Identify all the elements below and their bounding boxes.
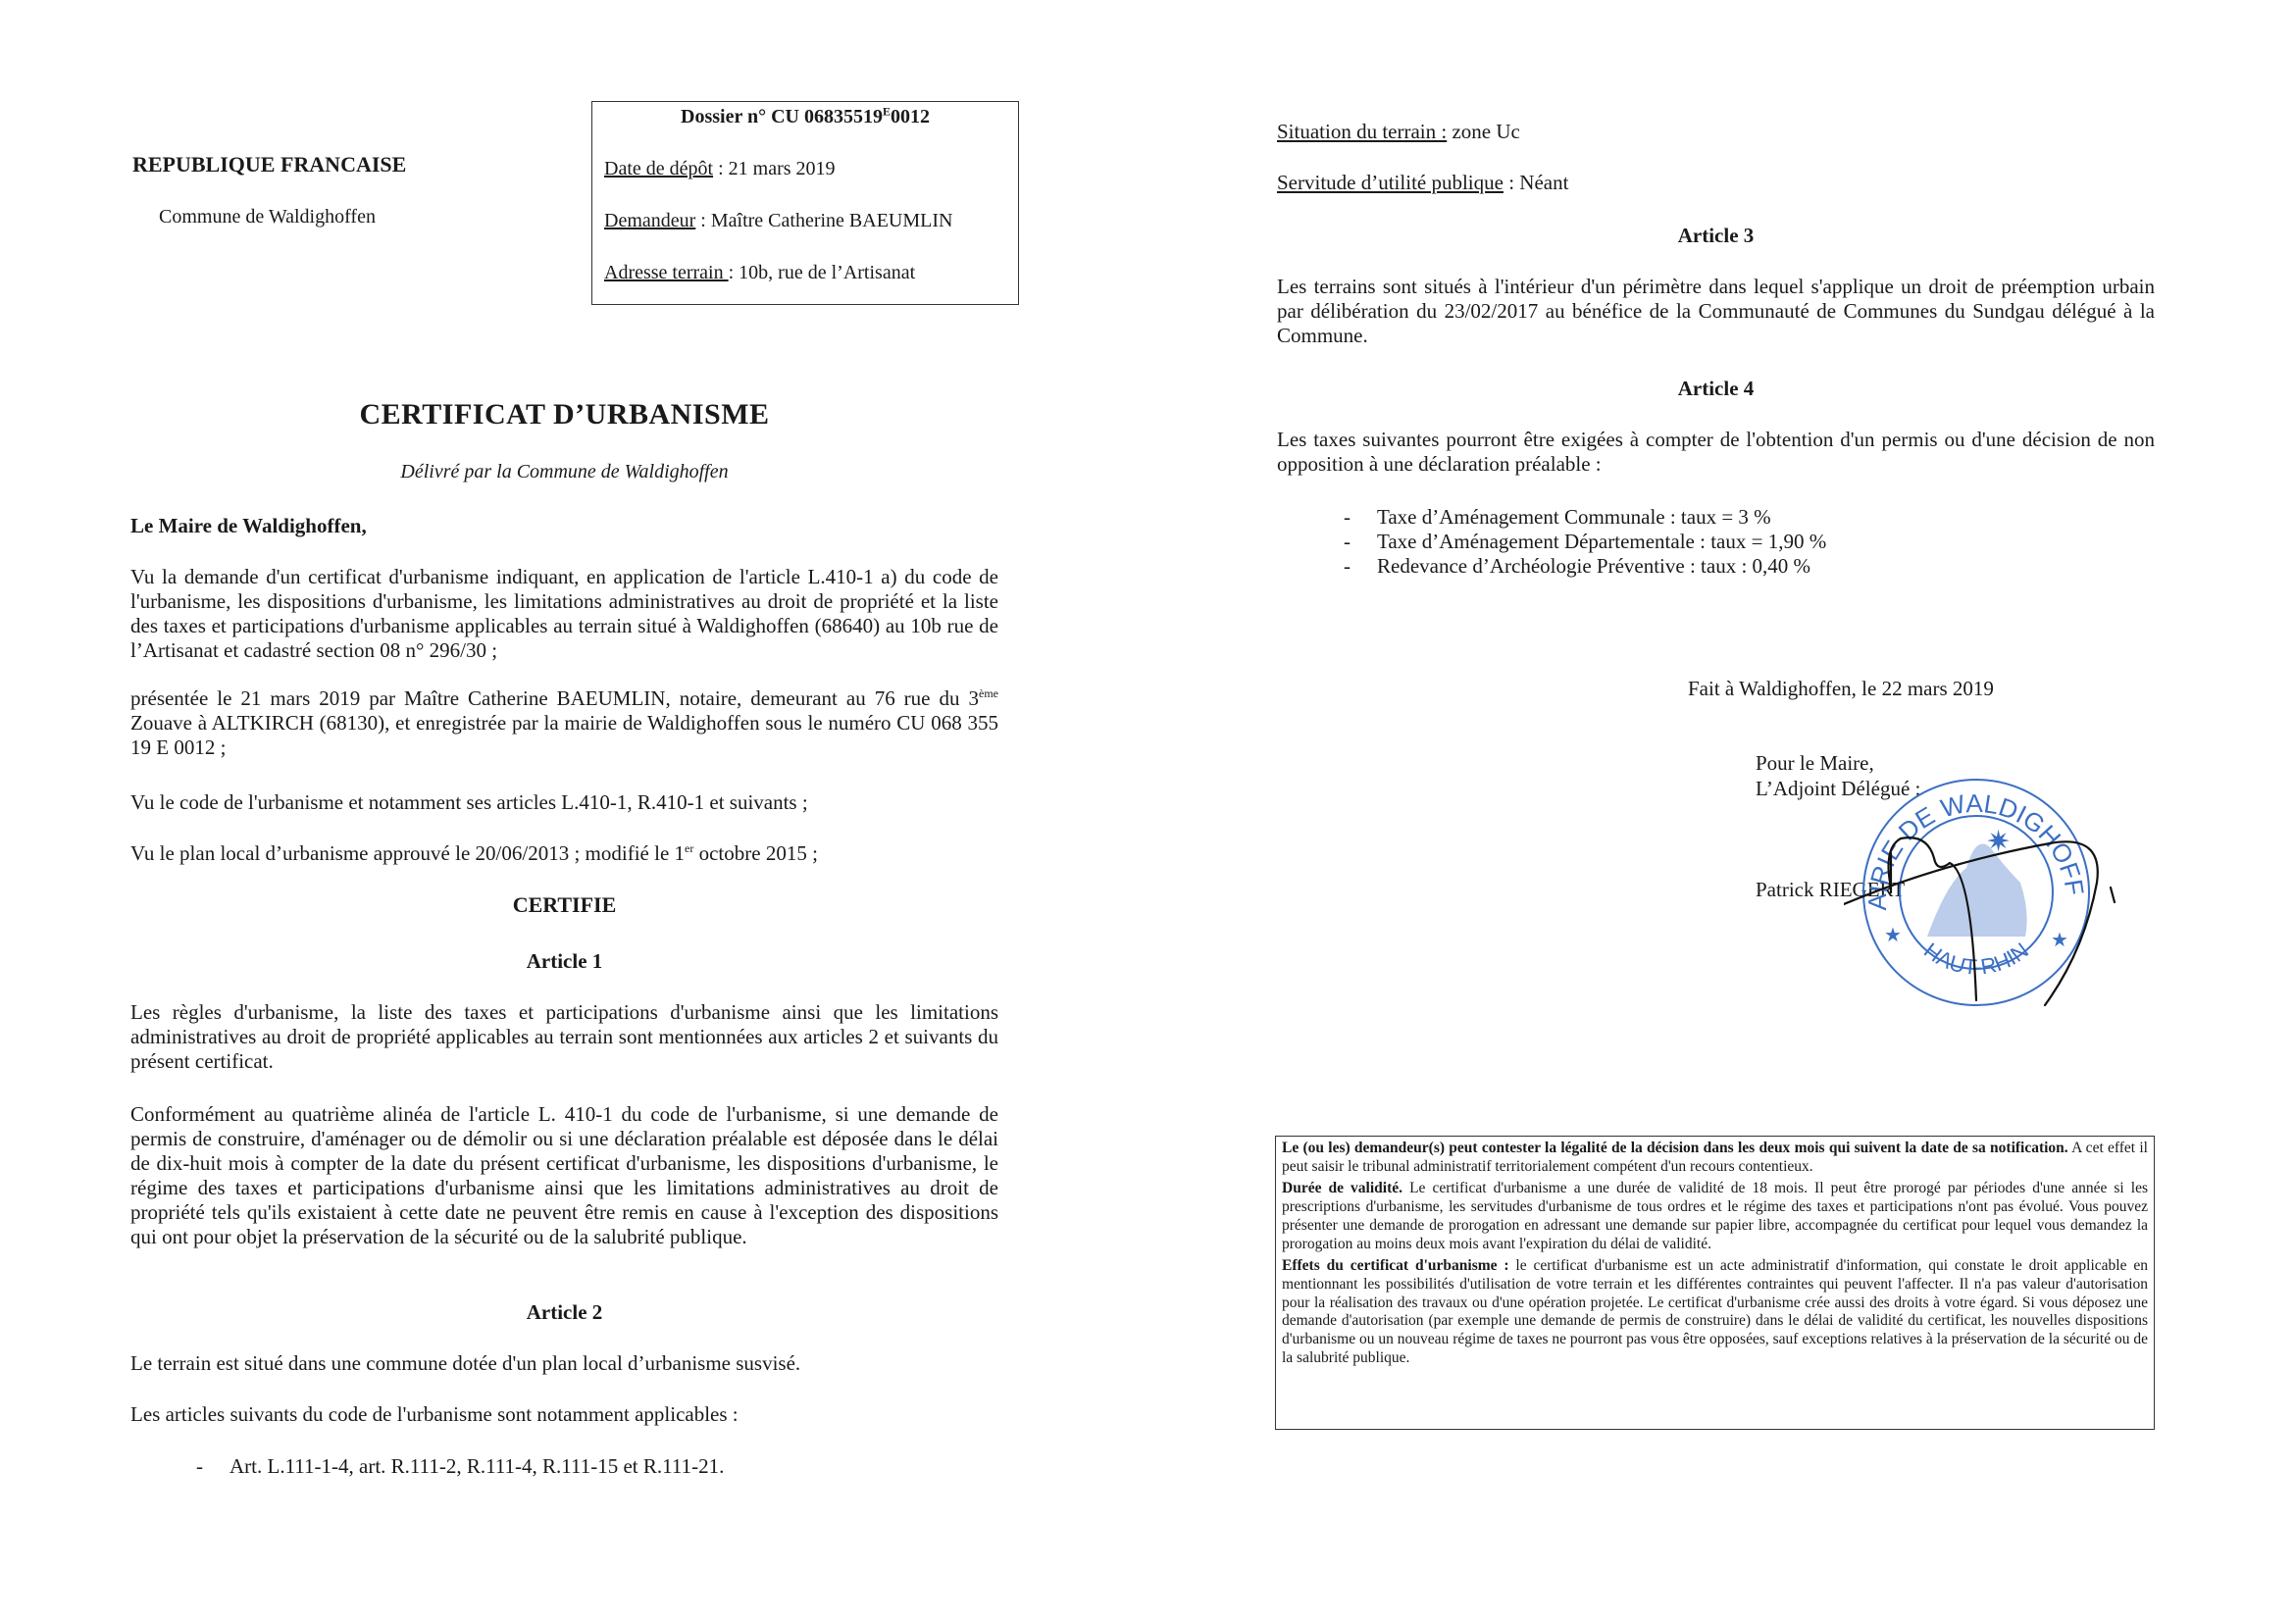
dash-bullet-icon: - [1344,505,1377,530]
notice-contest-bold: Le (ou les) demandeur(s) peut contester … [1282,1140,2068,1156]
tax-item-text: Redevance d’Archéologie Préventive : tau… [1377,554,1810,578]
preamble-sup: ème [979,686,998,700]
list-item-text: Art. L.111-1-4, art. R.111-2, R.111-4, R… [229,1454,724,1478]
dossier-number-suffix: 0012 [891,106,930,127]
article-2-list: -Art. L.111-1-4, art. R.111-2, R.111-4, … [196,1454,998,1479]
public-servitude: Servitude d’utilité publique : Néant [1277,171,2155,195]
public-servitude-value: : Néant [1504,171,1568,194]
land-situation: Situation du terrain : zone Uc [1277,120,2155,144]
applicant-value: : Maître Catherine BAEUMLIN [695,210,952,231]
article-3-heading: Article 3 [1277,224,2155,248]
notice-validity-text: Le certificat d'urbanisme a une durée de… [1282,1180,2148,1251]
article-3-paragraph: Les terrains sont situés à l'intérieur d… [1277,275,2155,348]
preamble-paragraph: Vu la demande d'un certificat d'urbanism… [130,565,998,663]
preamble-text: présentée le 21 mars 2019 par Maître Cat… [130,686,979,710]
notice-effects: Effets du certificat d'urbanisme : le ce… [1282,1257,2148,1367]
tax-item-text: Taxe d’Aménagement Départementale : taux… [1377,530,1826,553]
notice-validity-bold: Durée de validité. [1282,1180,1402,1196]
land-situation-label: Situation du terrain : [1277,120,1447,143]
mayor-salutation: Le Maire de Waldighoffen, [130,514,367,538]
article-2-paragraph: Le terrain est situé dans une commune do… [130,1351,998,1376]
article-2-paragraph: Les articles suivants du code de l'urban… [130,1402,998,1427]
notice-contest: Le (ou les) demandeur(s) peut contester … [1282,1140,2148,1176]
applicant: Demandeur : Maître Catherine BAEUMLIN [604,210,952,232]
dossier-number-prefix: Dossier n° CU 06835519 [681,106,883,127]
preamble-text: Vu le plan local d’urbanisme approuvé le… [130,841,685,865]
article-1-paragraph: Les règles d'urbanisme, la liste des tax… [130,1000,998,1074]
republic-heading: REPUBLIQUE FRANCAISE [132,152,406,178]
notice-validity: Durée de validité. Le certificat d'urban… [1282,1180,2148,1253]
legal-notice-box: Le (ou les) demandeur(s) peut contester … [1275,1136,2155,1430]
land-situation-value: zone Uc [1447,120,1520,143]
dash-bullet-icon: - [1344,530,1377,554]
preamble-text: octobre 2015 ; [693,841,818,865]
dash-bullet-icon: - [1344,554,1377,579]
land-address-value: : 10b, rue de l’Artisanat [729,262,916,283]
dossier-info-box: Dossier n° CU 06835519E0012 Date de dépô… [591,101,1019,305]
applicant-label: Demandeur [604,210,695,231]
dossier-number-sup: E [883,104,891,118]
preamble-text: Zouave à ALTKIRCH (68130), et enregistré… [130,711,998,759]
article-2-heading: Article 2 [130,1300,998,1325]
preamble-paragraph: Vu le code de l'urbanisme et notamment s… [130,790,998,815]
deposit-date-label: Date de dépôt [604,158,713,179]
tax-item: -Redevance d’Archéologie Préventive : ta… [1344,554,2155,579]
preamble-paragraph: présentée le 21 mars 2019 par Maître Cat… [130,686,998,760]
handwritten-signature-icon [1844,794,2118,1020]
public-servitude-label: Servitude d’utilité publique [1277,171,1504,194]
list-item: -Art. L.111-1-4, art. R.111-2, R.111-4, … [196,1454,998,1479]
notice-effects-bold: Effets du certificat d'urbanisme : [1282,1257,1509,1274]
land-address-label: Adresse terrain [604,262,729,283]
tax-item-text: Taxe d’Aménagement Communale : taux = 3 … [1377,505,1771,529]
preamble-sup: er [685,841,693,855]
article-1-heading: Article 1 [130,949,998,974]
for-mayor-line: Pour le Maire, [1756,750,1920,776]
article-4-heading: Article 4 [1277,377,2155,401]
article-4-paragraph: Les taxes suivantes pourront être exigée… [1277,428,2155,477]
deposit-date-value: : 21 mars 2019 [713,158,835,179]
land-address: Adresse terrain : 10b, rue de l’Artisana… [604,262,915,284]
document-subtitle: Délivré par la Commune de Waldighoffen [130,461,998,483]
article-1-paragraph: Conformément au quatrième alinéa de l'ar… [130,1102,998,1249]
document-title: CERTIFICAT D’URBANISME [130,398,998,431]
tax-list: -Taxe d’Aménagement Communale : taux = 3… [1344,505,2155,579]
preamble-paragraph: Vu le plan local d’urbanisme approuvé le… [130,841,998,866]
place-and-date: Fait à Waldighoffen, le 22 mars 2019 [1688,677,1994,701]
dash-bullet-icon: - [196,1454,229,1479]
certifie-heading: CERTIFIE [130,892,998,917]
dossier-number: Dossier n° CU 06835519E0012 [592,106,1018,128]
deposit-date: Date de dépôt : 21 mars 2019 [604,158,836,180]
commune-name: Commune de Waldighoffen [159,206,376,228]
tax-item: -Taxe d’Aménagement Départementale : tau… [1344,530,2155,554]
tax-item: -Taxe d’Aménagement Communale : taux = 3… [1344,505,2155,530]
